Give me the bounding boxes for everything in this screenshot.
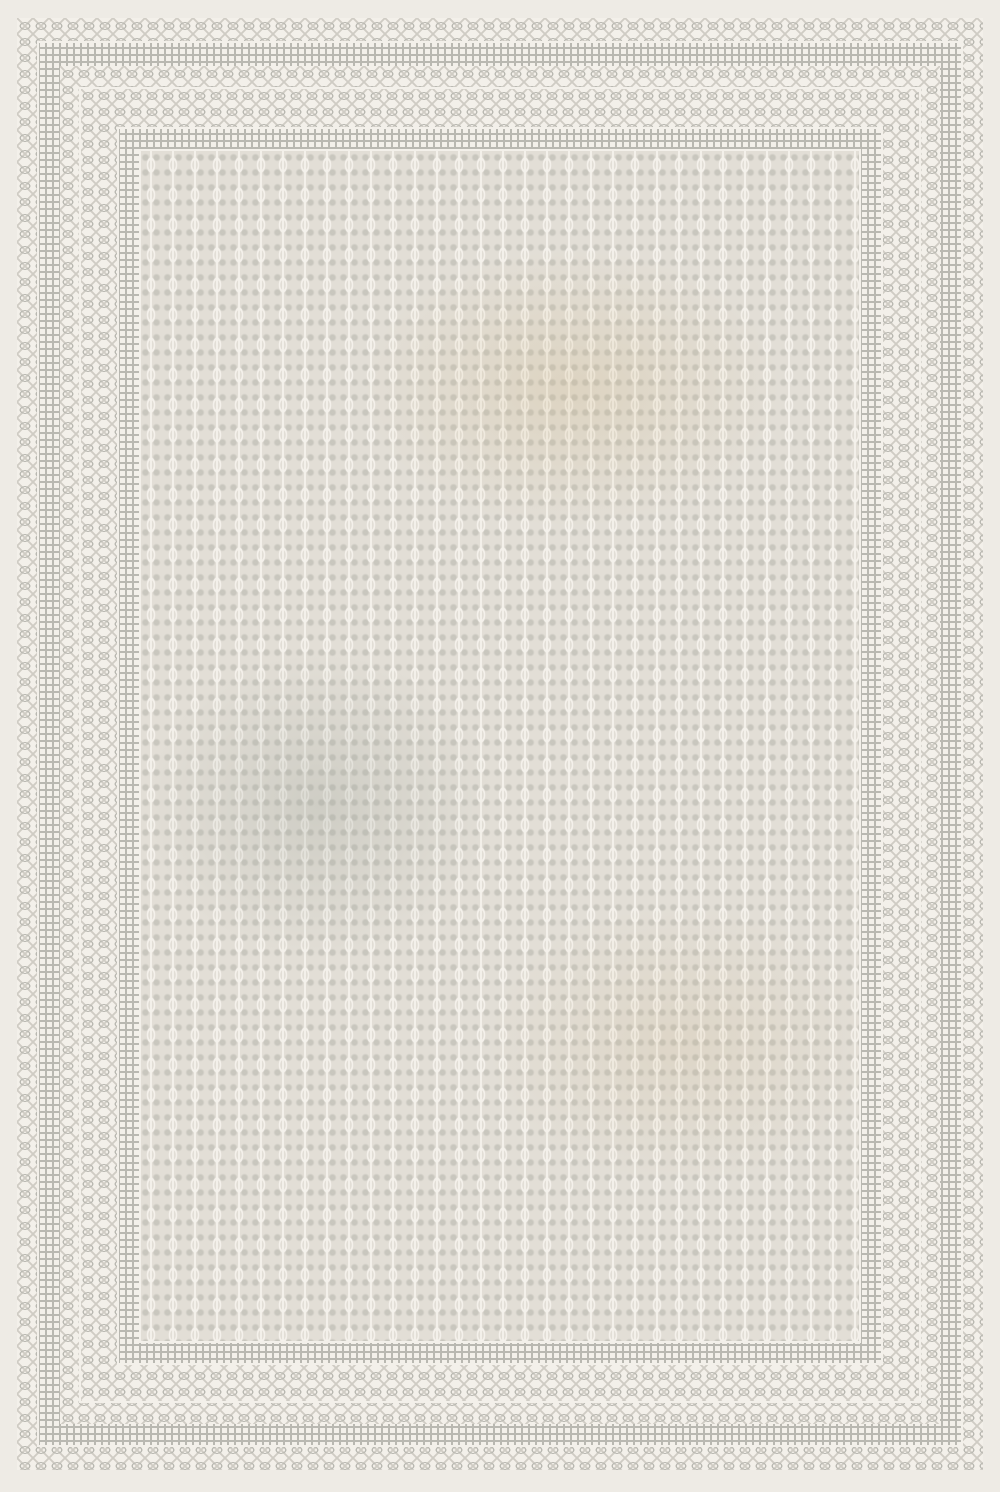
rug-photo [0, 0, 1000, 1492]
border-divider [139, 149, 861, 1343]
